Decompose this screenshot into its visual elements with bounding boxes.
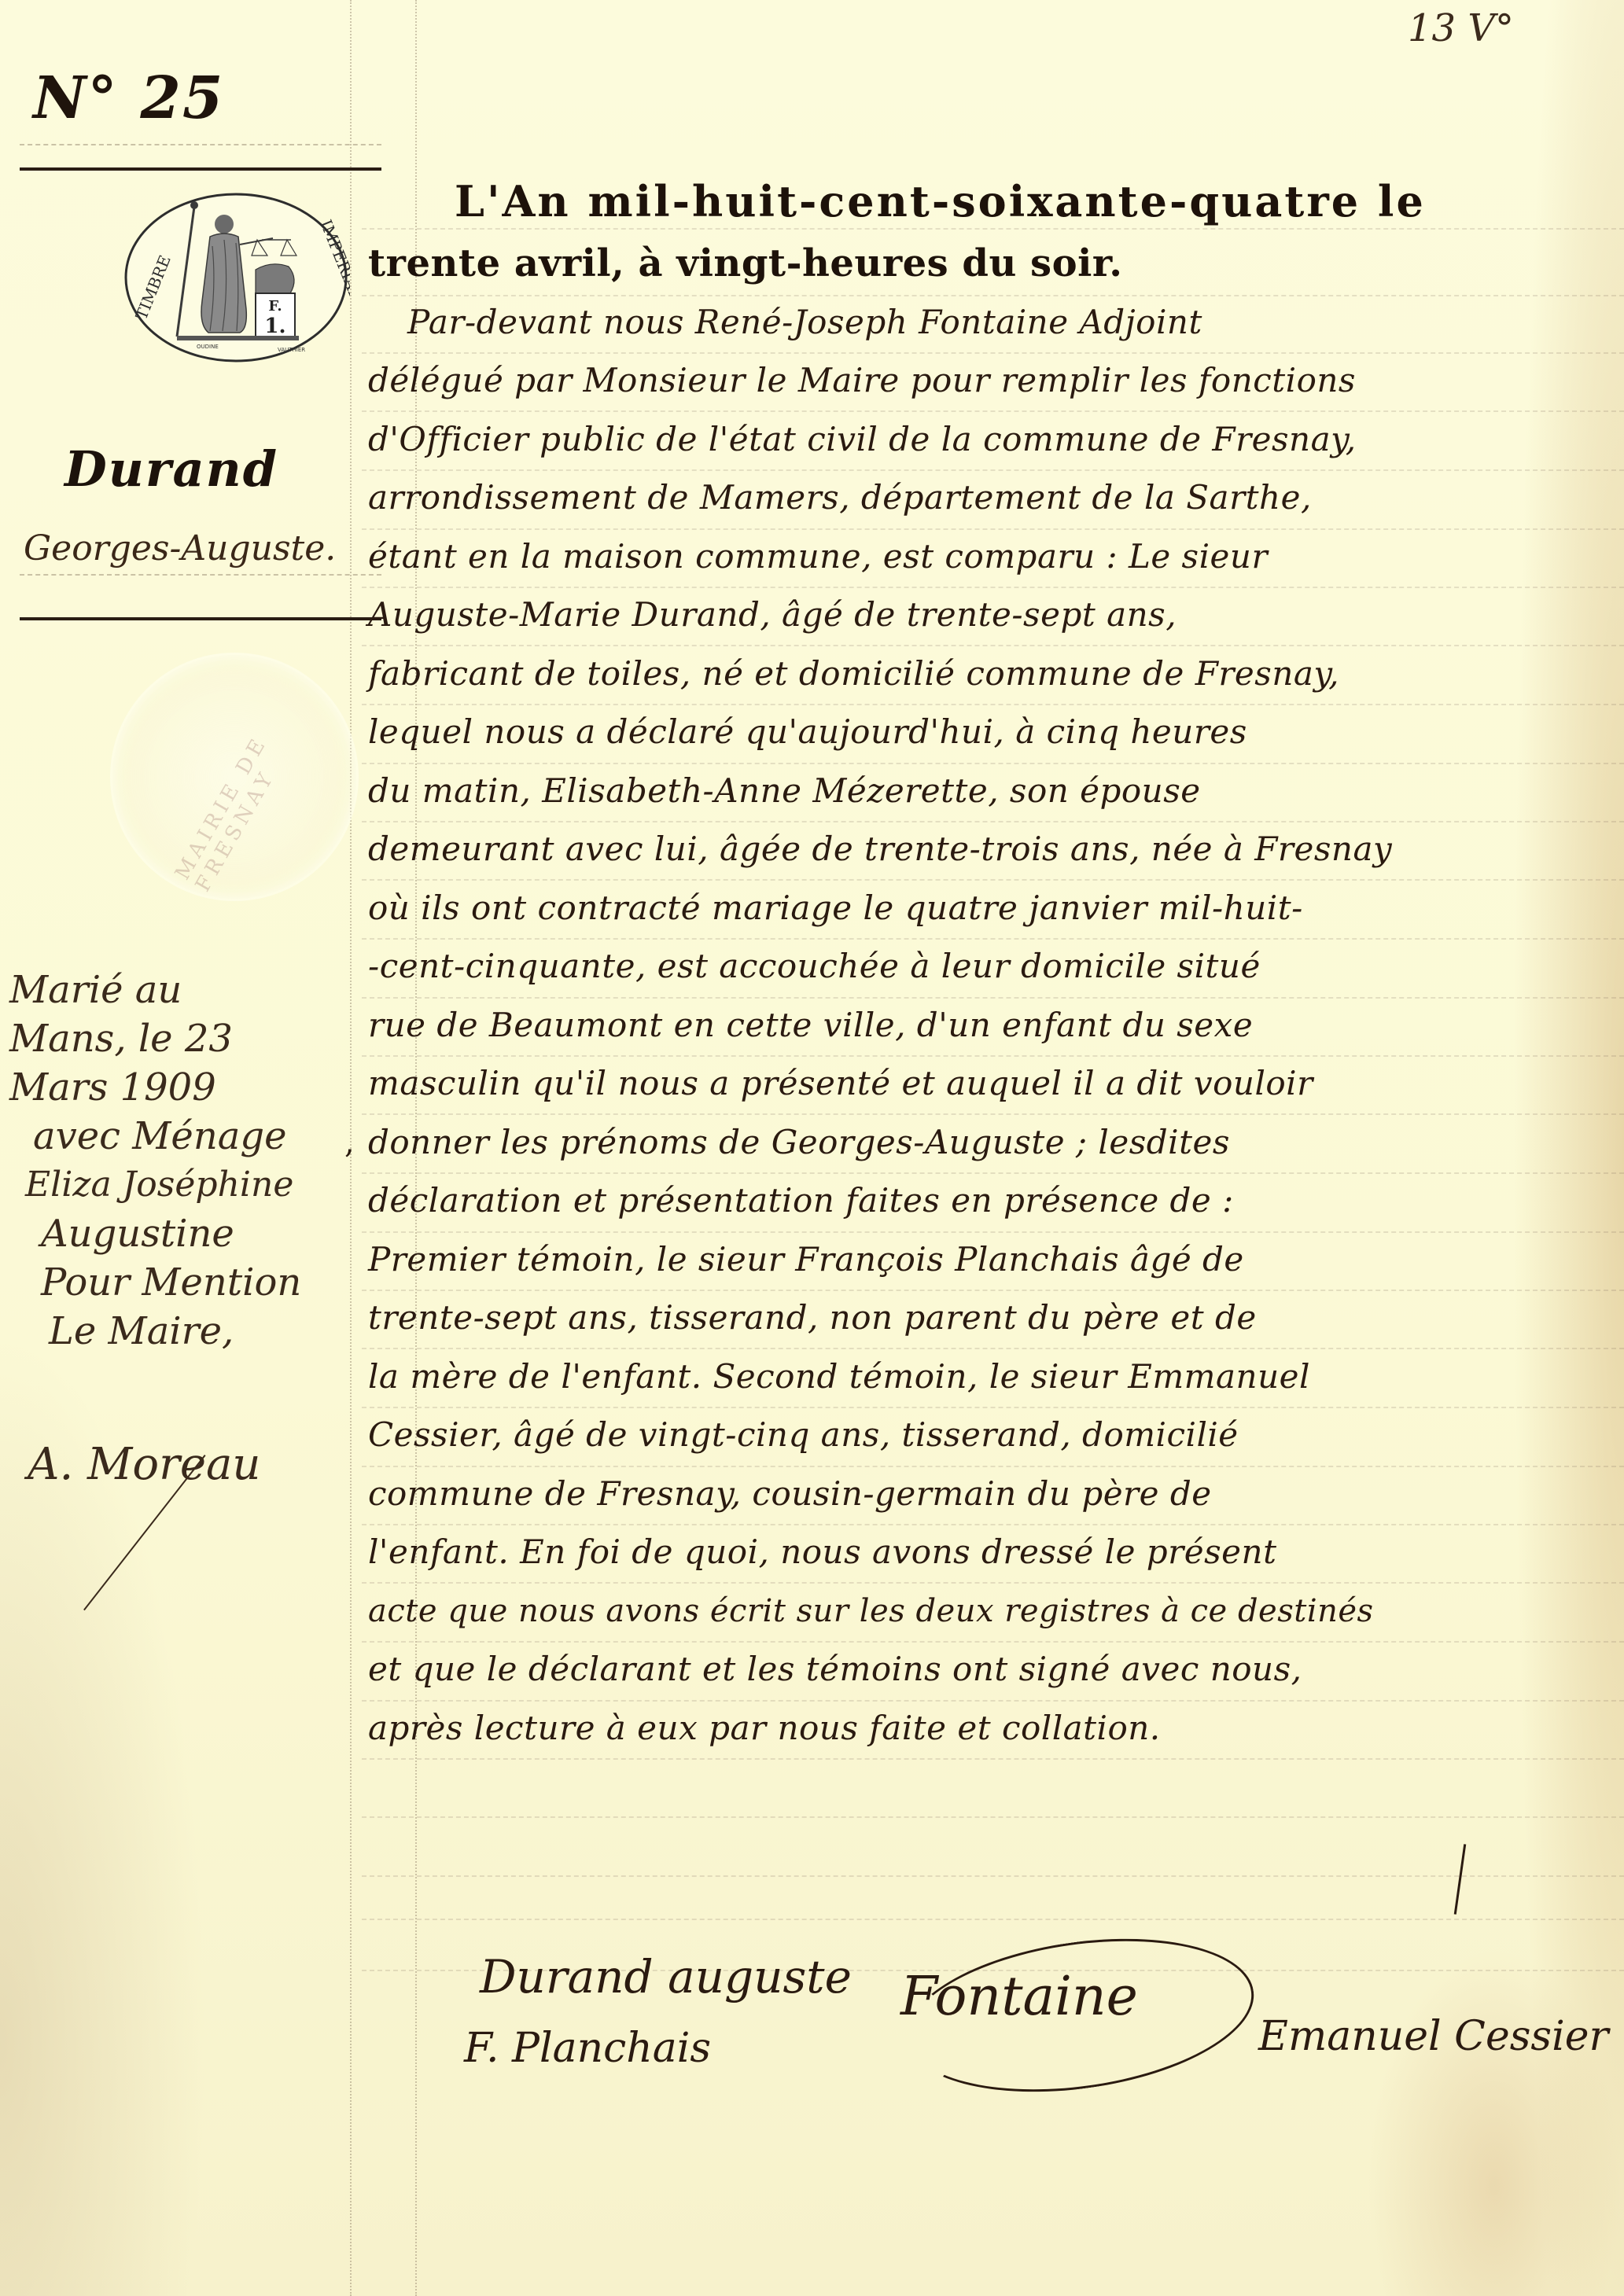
margin-mark: , bbox=[344, 1124, 355, 1161]
marginal-marriage-note: Marié au Mans, le 23 Mars 1909 avec Ména… bbox=[9, 966, 355, 1356]
body-line: déclaration et présentation faites en pr… bbox=[368, 1172, 1618, 1231]
folio-number: 13 V° bbox=[1408, 6, 1514, 50]
body-line: Auguste-Marie Durand, âgé de trente-sept… bbox=[368, 586, 1618, 645]
imperial-stamp-icon: F. 1. OUDINE VAUTHIER TIMBRE IMPERIAL. bbox=[122, 191, 350, 364]
act-body: L'An mil-huit-cent-soixante-quatre le tr… bbox=[368, 168, 1618, 1757]
ruled-line bbox=[362, 1875, 1624, 1877]
body-line: la mère de l'enfant. Second témoin, le s… bbox=[368, 1348, 1618, 1407]
act-number: N° 25 bbox=[33, 64, 224, 132]
body-line: donner les prénoms de Georges-Auguste ; … bbox=[368, 1113, 1618, 1172]
svg-text:OUDINE: OUDINE bbox=[197, 344, 219, 350]
register-page: 13 V° N° 25 F. 1. OUDINE VAUTHIER TIMBRE… bbox=[0, 0, 1624, 2296]
name-dash-line bbox=[20, 574, 381, 576]
body-line-heading: L'An mil-huit-cent-soixante-quatre le bbox=[368, 168, 1618, 234]
ruled-line bbox=[362, 1816, 1624, 1818]
body-line: acte que nous avons écrit sur les deux r… bbox=[368, 1582, 1618, 1641]
header-dash-line bbox=[20, 144, 381, 145]
signature-witness-2: Emanuel Cessier bbox=[1258, 2013, 1608, 2060]
body-line: arrondissement de Mamers, département de… bbox=[368, 469, 1618, 528]
body-line: commune de Fresnay, cousin-germain du pè… bbox=[368, 1465, 1618, 1524]
header-rule bbox=[20, 167, 381, 171]
body-line: trente avril, à vingt-heures du soir. bbox=[368, 234, 1618, 293]
body-line: lequel nous a déclaré qu'aujourd'hui, à … bbox=[368, 703, 1618, 762]
body-line: du matin, Elisabeth-Anne Mézerette, son … bbox=[368, 762, 1618, 821]
body-line: Cessier, âgé de vingt-cinq ans, tisseran… bbox=[368, 1406, 1618, 1465]
body-line: l'enfant. En foi de quoi, nous avons dre… bbox=[368, 1523, 1618, 1582]
ruled-line bbox=[362, 1758, 1624, 1760]
signature-declarant: Durand auguste bbox=[480, 1950, 852, 2003]
body-line: trente-sept ans, tisserand, non parent d… bbox=[368, 1289, 1618, 1348]
margin-note-line: Eliza Joséphine bbox=[9, 1161, 355, 1209]
body-line: Par-devant nous René-Joseph Fontaine Adj… bbox=[368, 293, 1618, 352]
margin-note-line: Mars 1909 bbox=[9, 1063, 355, 1112]
body-line: masculin qu'il nous a présenté et auquel… bbox=[368, 1054, 1618, 1113]
body-line: délégué par Monsieur le Maire pour rempl… bbox=[368, 351, 1618, 410]
body-line: étant en la maison commune, est comparu … bbox=[368, 528, 1618, 587]
signature-officer: Fontaine bbox=[900, 1966, 1138, 2028]
margin-note-line: avec Ménage bbox=[9, 1112, 355, 1161]
mayor-signature: A. Moreau bbox=[28, 1439, 260, 1490]
signature-witness-1: F. Planchais bbox=[464, 2025, 711, 2072]
body-line: où ils ont contracté mariage le quatre j… bbox=[368, 879, 1618, 938]
body-line: fabricant de toiles, né et domicilié com… bbox=[368, 645, 1618, 704]
margin-note-line: Mans, le 23 bbox=[9, 1014, 355, 1063]
ruled-line bbox=[362, 1919, 1624, 1920]
svg-text:VAUTHIER: VAUTHIER bbox=[278, 347, 305, 353]
body-line: demeurant avec lui, âgée de trente-trois… bbox=[368, 820, 1618, 879]
body-line: rue de Beaumont en cette ville, d'un enf… bbox=[368, 996, 1618, 1055]
body-line: -cent-cinquante, est accouchée à leur do… bbox=[368, 937, 1618, 996]
subject-surname: Durand bbox=[64, 440, 278, 498]
margin-note-line: Pour Mention bbox=[9, 1258, 355, 1307]
body-line: après lecture à eux par nous faite et co… bbox=[368, 1699, 1618, 1758]
svg-text:F.: F. bbox=[268, 298, 282, 315]
body-line: Premier témoin, le sieur François Planch… bbox=[368, 1231, 1618, 1290]
embossed-seal-icon: MAIRIE DE FRESNAY bbox=[110, 653, 359, 901]
svg-text:1.: 1. bbox=[264, 315, 285, 338]
margin-note-line: Marié au bbox=[9, 966, 355, 1014]
margin-note-line: Augustine bbox=[9, 1209, 355, 1258]
body-line: d'Officier public de l'état civil de la … bbox=[368, 410, 1618, 469]
name-rule bbox=[20, 617, 381, 620]
body-line: et que le déclarant et les témoins ont s… bbox=[368, 1640, 1618, 1699]
margin-note-line: Le Maire, bbox=[9, 1307, 355, 1356]
subject-given-names: Georges-Auguste. bbox=[24, 528, 336, 568]
closing-mark bbox=[1454, 1844, 1466, 1915]
